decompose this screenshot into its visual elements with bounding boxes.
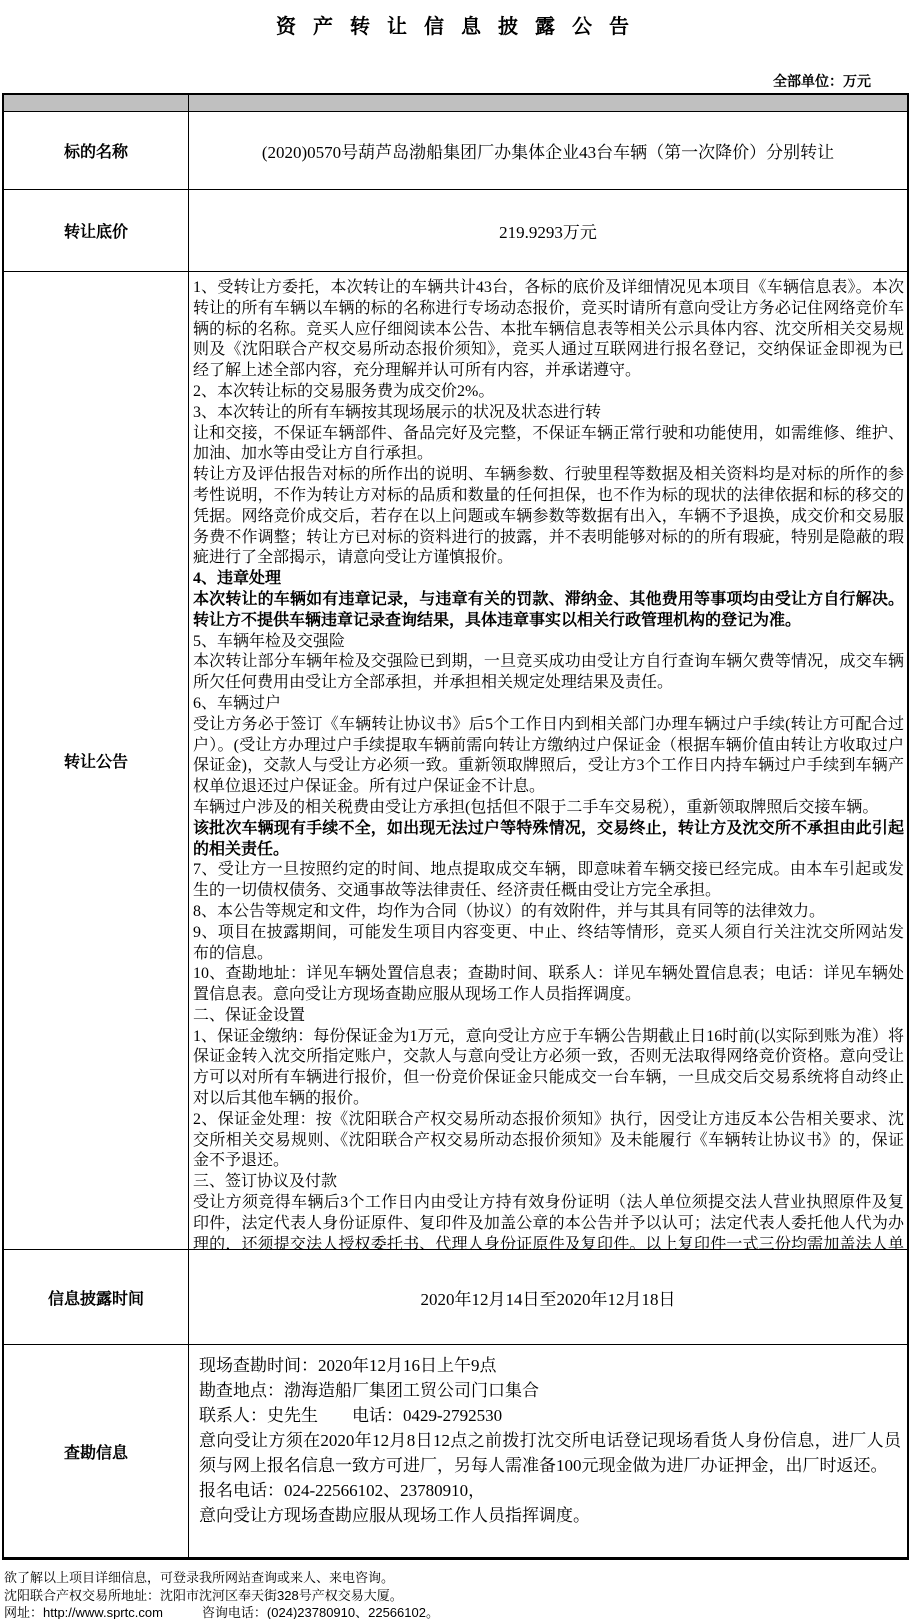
announcement-paragraph: 2、保证金处理：按《沈阳联合产权交易所动态报价须知》执行，因受让方违反本公告相关… <box>193 1110 904 1172</box>
footer-line: 沈阳联合产权交易所地址：沈阳市沈河区奉天街328号产权交易大厦。 <box>4 1587 911 1605</box>
announcement-paragraph: 2、本次转让标的交易服务费为成交价2%。 <box>193 382 904 403</box>
table-row-survey-info: 查勘信息 现场查勘时间：2020年12月16日上午9点 勘查地点：渤海造船厂集团… <box>4 1344 907 1557</box>
footer-line: 网址：http://www.sprtc.com 咨询电话：(024)237809… <box>4 1604 911 1619</box>
announcement-paragraph: 9、项目在披露期间，可能发生项目内容变更、中止、终结等情形，竞买人须自行关注沈交… <box>193 923 904 965</box>
page-title: 资 产 转 让 信 息 披 露 公 告 <box>0 10 911 39</box>
table-row-announcement: 转让公告 1、受转让方委托，本次转让的车辆共计43台，各标的底价及详细情况见本项… <box>4 271 907 1249</box>
announcement-text: 1、受转让方委托，本次转让的车辆共计43台，各标的底价及详细情况见本项目《车辆信… <box>189 272 907 1249</box>
announcement-paragraph: 转让方及评估报告对标的所作出的说明、车辆参数、行驶里程等数据及相关资料均是对标的… <box>193 465 904 569</box>
disclosure-table: 标的名称 (2020)0570号葫芦岛渤船集团厂办集体企业43台车辆（第一次降价… <box>2 93 909 1560</box>
announcement-paragraph: 1、受转让方委托，本次转让的车辆共计43台，各标的底价及详细情况见本项目《车辆信… <box>193 278 904 382</box>
announcement-paragraph: 7、受让方一旦按照约定的时间、地点提取成交车辆，即意味着车辆交接已经完成。由本车… <box>193 860 904 902</box>
survey-info-label: 查勘信息 <box>4 1345 189 1557</box>
unit-note: 全部单位：万元 <box>0 71 911 91</box>
announcement-paragraph: 受让方务必于签订《车辆转让协议书》后5个工作日内到相关部门办理车辆过户手续(转让… <box>193 715 904 798</box>
disclosure-period-value: 2020年12月14日至2020年12月18日 <box>189 1250 907 1344</box>
announcement-paragraph: 受让方须竞得车辆后3个工作日内由受让方持有效身份证明（法人单位须提交法人营业执照… <box>193 1193 904 1249</box>
disclosure-period-label: 信息披露时间 <box>4 1250 189 1344</box>
subject-name-label: 标的名称 <box>4 112 189 189</box>
announcement-paragraph: 4、违章处理 <box>193 569 904 590</box>
announcement-paragraph: 1、保证金缴纳：每份保证金为1万元，意向受让方应于车辆公告期截止日16时前(以实… <box>193 1027 904 1110</box>
announcement-paragraph: 3、本次转让的所有车辆按其现场展示的状况及状态进行转 让和交接，不保证车辆部件、… <box>193 403 904 465</box>
document-page: { "header": { "title": "资 产 转 让 信 息 披 露 … <box>0 0 911 1619</box>
announcement-paragraph: 车辆过户涉及的相关税费由受让方承担(包括但不限于二手车交易税），重新领取牌照后交… <box>193 798 904 819</box>
announcement-paragraph: 8、本公告等规定和文件，均作为合同（协议）的有效附件，并与其具有同等的法律效力。 <box>193 902 904 923</box>
footer: 欲了解以上项目详细信息，可登录我所网站查询或来人、来电咨询。 沈阳联合产权交易所… <box>4 1569 911 1619</box>
announcement-paragraph: 5、车辆年检及交强险 <box>193 632 904 653</box>
table-header-row <box>4 95 907 111</box>
announcement-paragraph: 6、车辆过户 <box>193 694 904 715</box>
announcement-paragraph: 本次转让的车辆如有违章记录，与违章有关的罚款、滞纳金、其他费用等事项均由受让方自… <box>193 590 904 632</box>
survey-info-line: 勘查地点：渤海造船厂集团工贸公司门口集合 <box>199 1378 901 1403</box>
base-price-label: 转让底价 <box>4 190 189 271</box>
survey-info-line: 意向受让方现场查勘应服从现场工作人员指挥调度。 <box>199 1503 901 1528</box>
announcement-paragraph: 该批次车辆现有手续不全，如出现无法过户等特殊情况，交易终止，转让方及沈交所不承担… <box>193 819 904 861</box>
survey-info-line: 意向受让方须在2020年12月8日12点之前拨打沈交所电话登记现场看货人身份信息… <box>199 1428 901 1478</box>
footer-line: 欲了解以上项目详细信息，可登录我所网站查询或来人、来电咨询。 <box>4 1569 911 1587</box>
announcement-paragraph: 10、查勘地址：详见车辆处置信息表；查勘时间、联系人：详见车辆处置信息表；电话：… <box>193 964 904 1006</box>
announcement-paragraph: 本次转让部分车辆年检及交强险已到期，一旦竞买成功由受让方自行查询车辆欠费等情况，… <box>193 652 904 694</box>
announcement-paragraph: 三、签订协议及付款 <box>193 1172 904 1193</box>
base-price-value: 219.9293万元 <box>189 190 907 271</box>
table-row-subject-name: 标的名称 (2020)0570号葫芦岛渤船集团厂办集体企业43台车辆（第一次降价… <box>4 111 907 189</box>
survey-info-line: 现场查勘时间：2020年12月16日上午9点 <box>199 1353 901 1378</box>
survey-info-text: 现场查勘时间：2020年12月16日上午9点 勘查地点：渤海造船厂集团工贸公司门… <box>189 1345 907 1557</box>
table-row-base-price: 转让底价 219.9293万元 <box>4 189 907 271</box>
announcement-paragraph: 二、保证金设置 <box>193 1006 904 1027</box>
survey-info-line: 联系人：史先生 电话：0429-2792530 <box>199 1403 901 1428</box>
table-row-disclosure-period: 信息披露时间 2020年12月14日至2020年12月18日 <box>4 1249 907 1344</box>
header-label-cell <box>4 95 189 111</box>
announcement-label: 转让公告 <box>4 272 189 1249</box>
header-value-cell <box>189 95 907 111</box>
subject-name-value: (2020)0570号葫芦岛渤船集团厂办集体企业43台车辆（第一次降价）分别转让 <box>189 112 907 189</box>
survey-info-line: 报名电话：024-22566102、23780910， <box>199 1478 901 1503</box>
